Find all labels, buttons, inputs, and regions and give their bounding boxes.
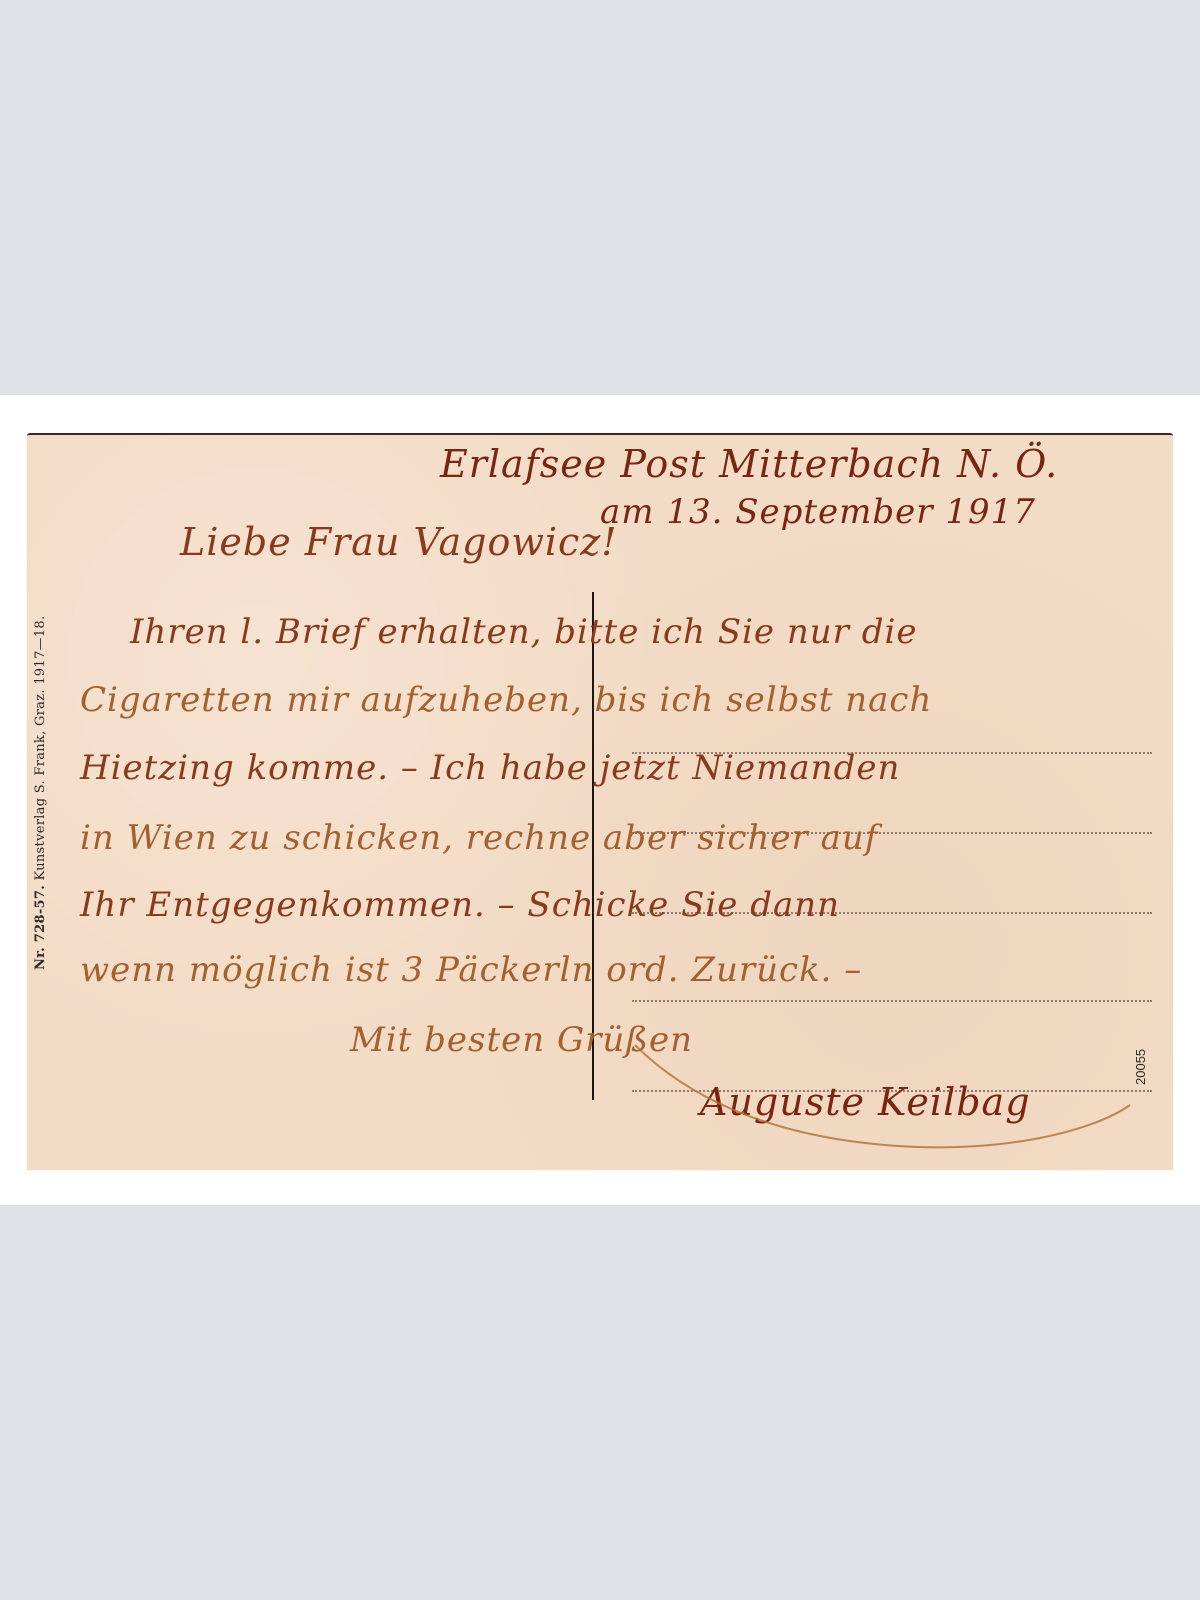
handwritten-body-line-1: Ihren l. Brief erhalten, bitte ich Sie n…: [130, 612, 917, 652]
handwritten-location: Erlafsee Post Mitterbach N. Ö.: [440, 442, 1058, 486]
handwritten-body-line-5: Ihr Entgegenkommen. – Schicke Sie dann: [80, 885, 840, 925]
handwritten-date: am 13. September 1917: [600, 492, 1036, 532]
handwritten-body-line-2: Cigaretten mir aufzuheben, bis ich selbs…: [80, 680, 932, 720]
address-line-4: [632, 1000, 1152, 1002]
handwritten-body-line-6: wenn möglich ist 3 Päckerln ord. Zurück.…: [80, 950, 862, 990]
publisher-imprint: Nr. 728-57. Kunstverlag S. Frank, Graz. …: [33, 616, 48, 970]
handwritten-signature: Auguste Keilbag: [700, 1080, 1031, 1124]
publisher-text: Kunstverlag S. Frank, Graz. 1917—18.: [33, 616, 48, 881]
card-number: 20055: [1133, 1049, 1148, 1085]
handwritten-closing: Mit besten Grüßen: [350, 1020, 693, 1060]
handwritten-body-line-4: in Wien zu schicken, rechne aber sicher …: [80, 818, 878, 858]
handwritten-salutation: Liebe Frau Vagowicz!: [180, 520, 618, 564]
publisher-number: Nr. 728-57.: [33, 885, 48, 970]
handwritten-body-line-3: Hietzing komme. – Ich habe jetzt Niemand…: [80, 748, 900, 788]
